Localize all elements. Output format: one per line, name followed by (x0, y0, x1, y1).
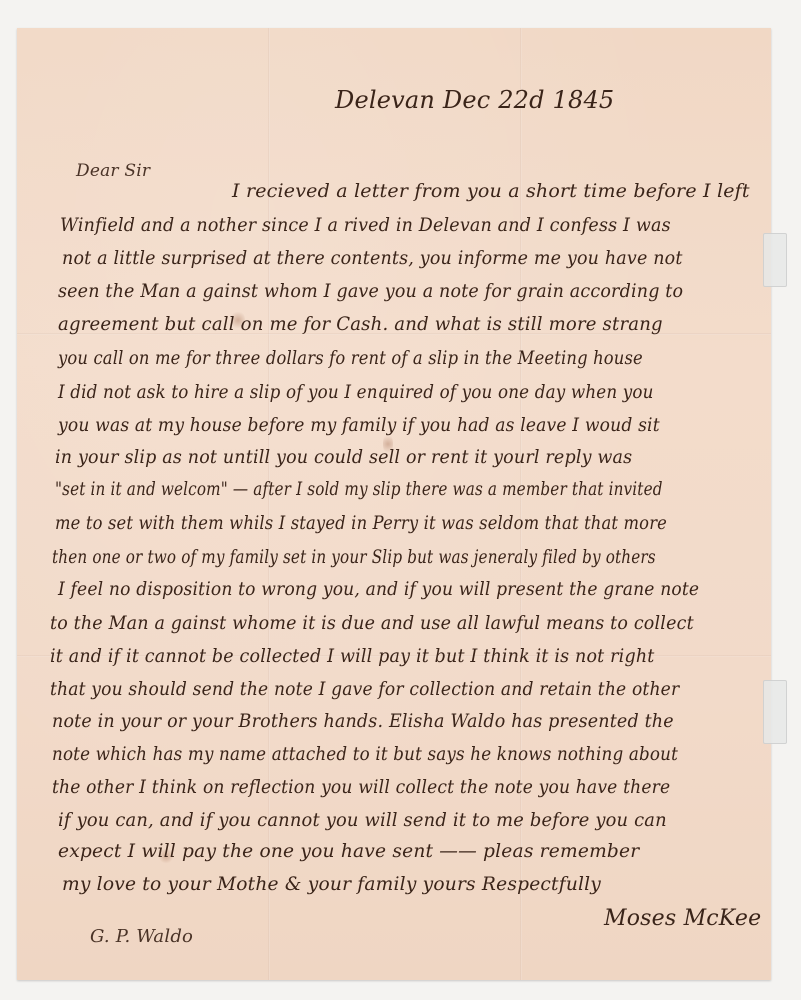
hinge-tape-upper (763, 233, 787, 287)
fold-line-vertical-right (520, 28, 522, 980)
body-line: that you should send the note I gave for… (50, 678, 679, 700)
body-line: you was at my house before my family if … (58, 414, 660, 436)
salutation: Dear Sir (76, 161, 150, 181)
fold-line-vertical-left (268, 28, 270, 980)
body-line: not a little surprised at there contents… (62, 247, 683, 269)
body-line: the other I think on reflection you will… (52, 776, 670, 798)
body-line: to the Man a gainst whome it is due and … (50, 612, 694, 634)
signature: Moses McKee (604, 906, 761, 931)
body-line: Winfield and a nother since I a rived in… (60, 214, 671, 236)
body-line: "set in it and welcom" — after I sold my… (55, 478, 663, 500)
dateline: Delevan Dec 22d 1845 (335, 86, 614, 114)
hinge-tape-lower (763, 680, 787, 744)
body-line: I feel no disposition to wrong you, and … (58, 578, 699, 600)
addressee: G. P. Waldo (90, 926, 193, 947)
body-line: expect I will pay the one you have sent … (58, 840, 639, 862)
body-line: note which has my name attached to it bu… (52, 743, 678, 765)
body-line: it and if it cannot be collected I will … (50, 645, 654, 667)
body-line: in your slip as not untill you could sel… (55, 446, 632, 468)
body-line: my love to your Mothe & your family your… (62, 873, 601, 895)
body-line: I recieved a letter from you a short tim… (232, 180, 750, 202)
body-line: me to set with them whils I stayed in Pe… (55, 512, 667, 534)
body-line: you call on me for three dollars fo rent… (58, 347, 643, 369)
body-line: then one or two of my family set in your… (52, 546, 656, 568)
body-line: I did not ask to hire a slip of you I en… (58, 381, 654, 403)
body-line: seen the Man a gainst whom I gave you a … (58, 280, 683, 302)
body-line: note in your or your Brothers hands. Eli… (52, 710, 674, 732)
body-line: if you can, and if you cannot you will s… (58, 809, 667, 831)
body-line: agreement but call on me for Cash. and w… (58, 313, 663, 335)
